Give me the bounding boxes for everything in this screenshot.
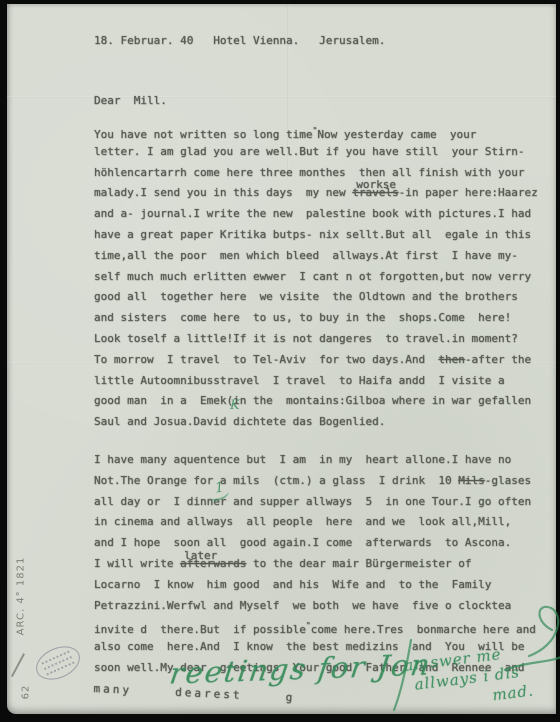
typed-line: You have not written so long time"Now ye… [94, 121, 538, 142]
typed-line: good all together here we visite the Old… [94, 287, 538, 308]
typed-text-layer: 18. Februar. 40 Hotel Vienna. Jerusalem.… [7, 4, 556, 714]
typed-line: good man in a Emek(in the montains:Gilbo… [94, 391, 538, 412]
typed-line: Locarno I know him good and his Wife and… [94, 575, 536, 596]
letter-paragraph-1: You have not written so long time"Now ye… [94, 121, 538, 433]
typed-line: Not.The Orange for a mils (ctm.) a glass… [94, 471, 536, 492]
typed-line: Saul and Josua.David dichtete das Bogenl… [94, 412, 538, 433]
letter-paper: 18. Februar. 40 Hotel Vienna. Jerusalem.… [7, 4, 556, 714]
letter-dateline: 18. Februar. 40 Hotel Vienna. Jerusalem. [94, 34, 385, 47]
typed-line: letter. I am glad you are well.But if yo… [94, 142, 538, 163]
letter-scan: 18. Februar. 40 Hotel Vienna. Jerusalem.… [0, 0, 560, 722]
typed-line: Petrazzini.Werfwl and Myself we both we … [94, 596, 536, 617]
typed-line: malady.I send you in this days my new tr… [94, 183, 538, 204]
letter-salutation: Dear Mill. [94, 94, 167, 107]
typed-line: in cinema and allways all people here an… [94, 512, 536, 533]
handwritten-emek-mark: K [230, 398, 240, 413]
typed-line: and sisters come here to us, to buy in t… [94, 308, 538, 329]
typed-line: To morrow I travel to Tel-Aviv for two d… [94, 350, 538, 371]
typed-line: self much much erlitten ewwer I cant n o… [94, 267, 538, 288]
archive-number: ARC. 4° 1821 [16, 557, 27, 636]
typed-line: time,all the poor men which bleed allway… [94, 246, 538, 267]
typed-line: Look toself a little!If it is not danger… [94, 329, 538, 350]
typed-line: invite d there.But if possible"come here… [94, 616, 536, 637]
typed-line: all day or I dinner and supper allways 5… [94, 492, 536, 513]
typed-line: and I hope soon all good again.I come af… [94, 533, 536, 554]
archive-folio: 62 [21, 685, 32, 700]
typed-line: höhlencartarrh come here three monthes t… [94, 163, 538, 184]
typed-line: I will write afterwardslater to the dear… [94, 554, 536, 575]
typed-line: have a great paper Kritika butps- nix se… [94, 225, 538, 246]
typed-line: and a- journal.I write the new palestine… [94, 204, 538, 225]
typed-line: little Autoomnibusstravel I travel to Ha… [94, 371, 538, 392]
typed-line: I have many aquentence but I am in my he… [94, 450, 536, 471]
